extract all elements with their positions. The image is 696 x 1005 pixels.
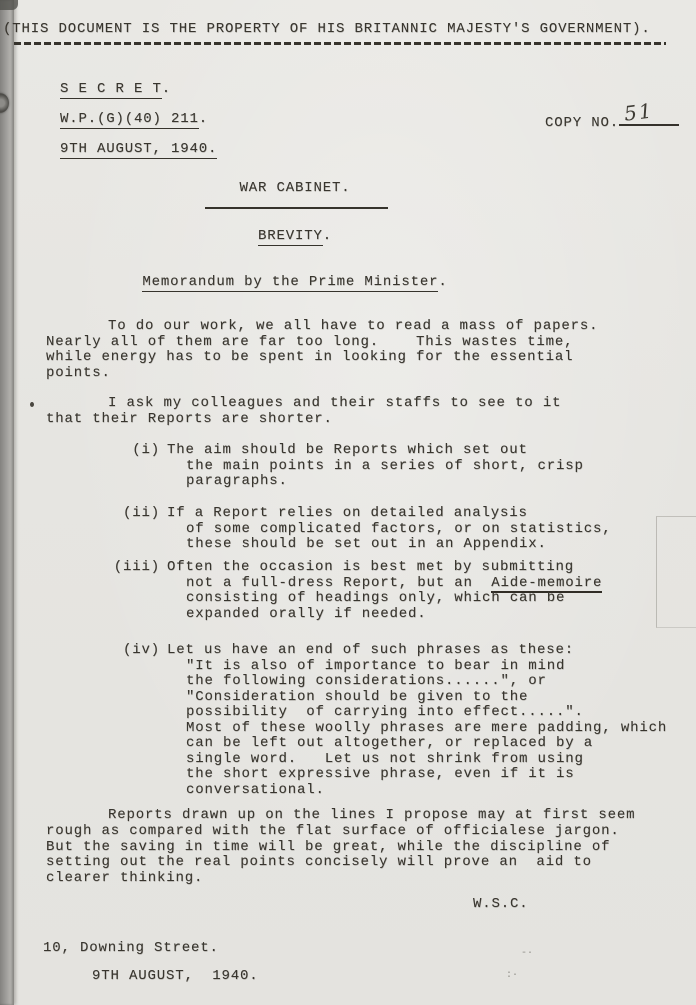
subtitle-text: Memorandum by the Prime Minister xyxy=(142,274,438,292)
list-item-i: (i)The aim should be Reports which set o… xyxy=(186,443,584,490)
list-item-iv-text: Let us have an end of such phrases as th… xyxy=(167,642,667,798)
title-heading: BREVITY. xyxy=(0,228,590,244)
list-item-i-marker: (i) xyxy=(106,443,160,459)
paragraph-request: I ask my colleagues and their staffs to … xyxy=(46,396,561,427)
list-item-ii-marker: (ii) xyxy=(106,506,160,522)
org-heading: WAR CABINET. xyxy=(0,180,590,196)
copy-number-line: 51 xyxy=(619,111,679,126)
list-item-iv-marker: (iv) xyxy=(106,643,160,659)
classification: S E C R E T. xyxy=(60,81,171,97)
list-item-i-text: The aim should be Reports which set out … xyxy=(167,442,584,489)
list-item-iv: (iv)Let us have an end of such phrases a… xyxy=(186,643,667,798)
copy-number-label: COPY NO. xyxy=(545,115,619,131)
scanned-memo-page: (THIS DOCUMENT IS THE PROPERTY OF HIS BR… xyxy=(0,0,696,1005)
ink-speck xyxy=(30,402,34,407)
subtitle-heading: Memorandum by the Prime Minister. xyxy=(0,274,590,290)
smudge-mark-2: :· xyxy=(506,970,518,981)
binding-edge xyxy=(0,0,14,1005)
smudge-mark-1: -· xyxy=(521,948,533,959)
scan-corner-artifact xyxy=(0,0,18,10)
list-item-iii-marker: (iii) xyxy=(106,560,160,576)
list-item-iii: (iii)Often the occasion is best met by s… xyxy=(186,560,602,622)
footer-address: 10, Downing Street. xyxy=(43,940,219,956)
header-date-text: 9TH AUGUST, 1940. xyxy=(60,141,217,159)
title-text: BREVITY xyxy=(258,228,323,246)
classification-period: . xyxy=(162,81,171,97)
list-item-iii-text-after: consisting of headings only, which can b… xyxy=(186,590,565,622)
classification-text: S E C R E T xyxy=(60,81,162,99)
list-item-ii-text: If a Report relies on detailed analysis … xyxy=(167,505,612,552)
footer-date: 9TH AUGUST, 1940. xyxy=(92,968,259,984)
paragraph-intro: To do our work, we all have to read a ma… xyxy=(46,319,598,381)
header-date: 9TH AUGUST, 1940. xyxy=(60,141,217,157)
reference-text: W.P.(G)(40) 211 xyxy=(60,111,199,129)
copy-number-block: COPY NO.51 xyxy=(545,111,679,131)
scan-line-artifact xyxy=(656,516,696,628)
subtitle-period: . xyxy=(438,274,447,290)
list-item-ii: (ii)If a Report relies on detailed analy… xyxy=(186,506,612,553)
org-heading-rule xyxy=(205,207,388,209)
property-line: (THIS DOCUMENT IS THE PROPERTY OF HIS BR… xyxy=(3,21,651,37)
copy-number-handwritten: 51 xyxy=(623,98,655,125)
signature-initials: W.S.C. xyxy=(473,896,529,912)
paragraph-closing: Reports drawn up on the lines I propose … xyxy=(46,808,635,887)
reference-period: . xyxy=(199,111,208,127)
dashed-rule xyxy=(14,42,666,45)
reference-number: W.P.(G)(40) 211. xyxy=(60,111,208,127)
title-period: . xyxy=(323,228,332,244)
